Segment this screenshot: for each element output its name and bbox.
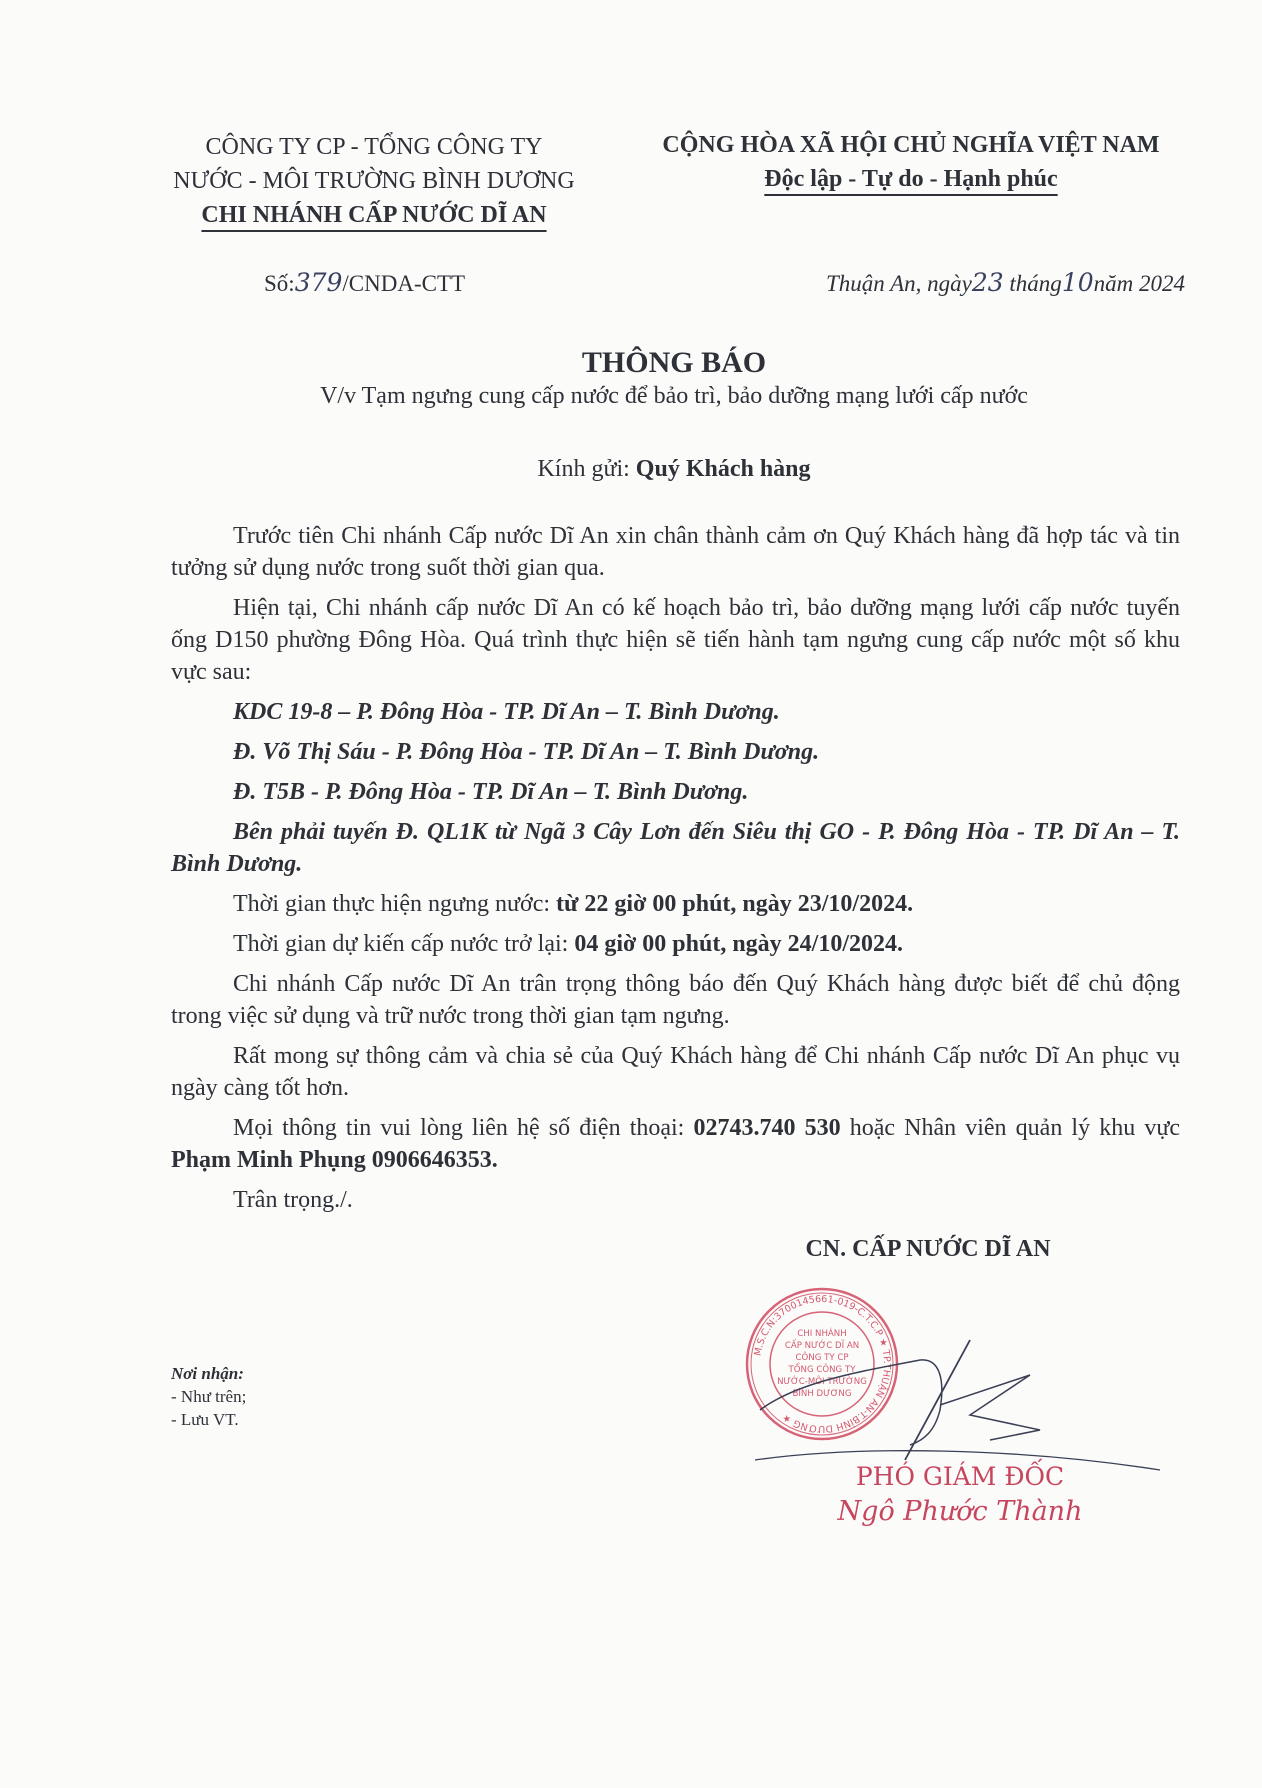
affected-area: Đ. T5B - P. Đông Hòa - TP. Dĩ An – T. Bì… <box>171 776 1180 808</box>
date-place: Thuận An, ngày <box>826 271 972 296</box>
contact-phone: 02743.740 530 <box>693 1115 840 1141</box>
issuer-line-2: NƯỚC - MÔI TRƯỜNG BÌNH DƯƠNG <box>173 164 574 198</box>
doc-number-handwritten: 379 <box>295 268 343 297</box>
contact-info: Mọi thông tin vui lòng liên hệ số điện t… <box>171 1112 1180 1176</box>
document-number: Số:379/CNDA-CTT <box>264 268 465 297</box>
affected-area: Bên phải tuyến Đ. QL1K từ Ngã 3 Cây Lơn … <box>171 816 1180 880</box>
contact-person: Phạm Minh Phụng 0906646353. <box>171 1147 498 1173</box>
affected-area: Đ. Võ Thị Sáu - P. Đông Hòa - TP. Dĩ An … <box>171 736 1180 768</box>
recipient-label: Kính gửi: <box>537 456 635 482</box>
body-paragraph-intro: Trước tiên Chi nhánh Cấp nước Dĩ An xin … <box>171 520 1180 584</box>
distribution-label: Nơi nhận: <box>171 1362 246 1385</box>
issuer-line-1: CÔNG TY CP - TỔNG CÔNG TY <box>173 130 574 164</box>
national-header: CỘNG HÒA XÃ HỘI CHỦ NGHĨA VIỆT NAM Độc l… <box>662 128 1159 196</box>
document-date: Thuận An, ngày23 tháng10năm 2024 <box>826 268 1185 297</box>
national-name: CỘNG HÒA XÃ HỘI CHỦ NGHĨA VIỆT NAM <box>662 128 1159 162</box>
recipient-name: Quý Khách hàng <box>636 456 811 482</box>
distribution-item: - Như trên; <box>171 1385 246 1408</box>
body-paragraph-apology: Rất mong sự thông cảm và chia sẻ của Quý… <box>171 1040 1180 1104</box>
stop-time-value: từ 22 giờ 00 phút, ngày 23/10/2024. <box>556 891 913 917</box>
signing-organization: CN. CẤP NƯỚC DĨ AN <box>805 1236 1050 1263</box>
date-month-label: tháng <box>1004 271 1062 296</box>
distribution-item: - Lưu VT. <box>171 1408 246 1431</box>
closing: Trân trọng./. <box>171 1184 1180 1216</box>
affected-area: KDC 19-8 – P. Đông Hòa - TP. Dĩ An – T. … <box>171 696 1180 728</box>
issuer-header: CÔNG TY CP - TỔNG CÔNG TY NƯỚC - MÔI TRƯ… <box>173 130 574 232</box>
stop-time-label: Thời gian thực hiện ngưng nước: <box>233 891 556 917</box>
date-day-handwritten: 23 <box>972 268 1004 297</box>
contact-mid: hoặc Nhân viên quản lý khu vực <box>841 1115 1180 1141</box>
national-motto: Độc lập - Tự do - Hạnh phúc <box>662 162 1159 196</box>
body-paragraph-notice: Chi nhánh Cấp nước Dĩ An trân trọng thôn… <box>171 968 1180 1032</box>
document-title: THÔNG BÁO <box>582 346 766 380</box>
signer-name: Ngô Phước Thành <box>838 1496 1083 1527</box>
doc-number-suffix: /CNDA-CTT <box>342 271 465 296</box>
resume-time-label: Thời gian dự kiến cấp nước trở lại: <box>233 931 574 957</box>
document-subject: V/v Tạm ngưng cung cấp nước để bảo trì, … <box>320 383 1028 410</box>
resume-time-value: 04 giờ 00 phút, ngày 24/10/2024. <box>574 931 903 957</box>
signer-position: PHÓ GIÁM ĐỐC <box>856 1462 1064 1491</box>
date-year: năm 2024 <box>1094 271 1185 296</box>
doc-number-prefix: Số: <box>264 271 295 296</box>
stop-time: Thời gian thực hiện ngưng nước: từ 22 gi… <box>171 888 1180 920</box>
recipient-line: Kính gửi: Quý Khách hàng <box>537 456 810 483</box>
date-month-handwritten: 10 <box>1062 268 1094 297</box>
resume-time: Thời gian dự kiến cấp nước trở lại: 04 g… <box>171 928 1180 960</box>
issuer-branch: CHI NHÁNH CẤP NƯỚC DĨ AN <box>173 198 574 232</box>
distribution-list: Nơi nhận: - Như trên; - Lưu VT. <box>171 1362 246 1431</box>
body-paragraph-plan: Hiện tại, Chi nhánh cấp nước Dĩ An có kế… <box>171 592 1180 688</box>
contact-prefix: Mọi thông tin vui lòng liên hệ số điện t… <box>233 1115 693 1141</box>
document-body: Trước tiên Chi nhánh Cấp nước Dĩ An xin … <box>171 520 1180 1224</box>
